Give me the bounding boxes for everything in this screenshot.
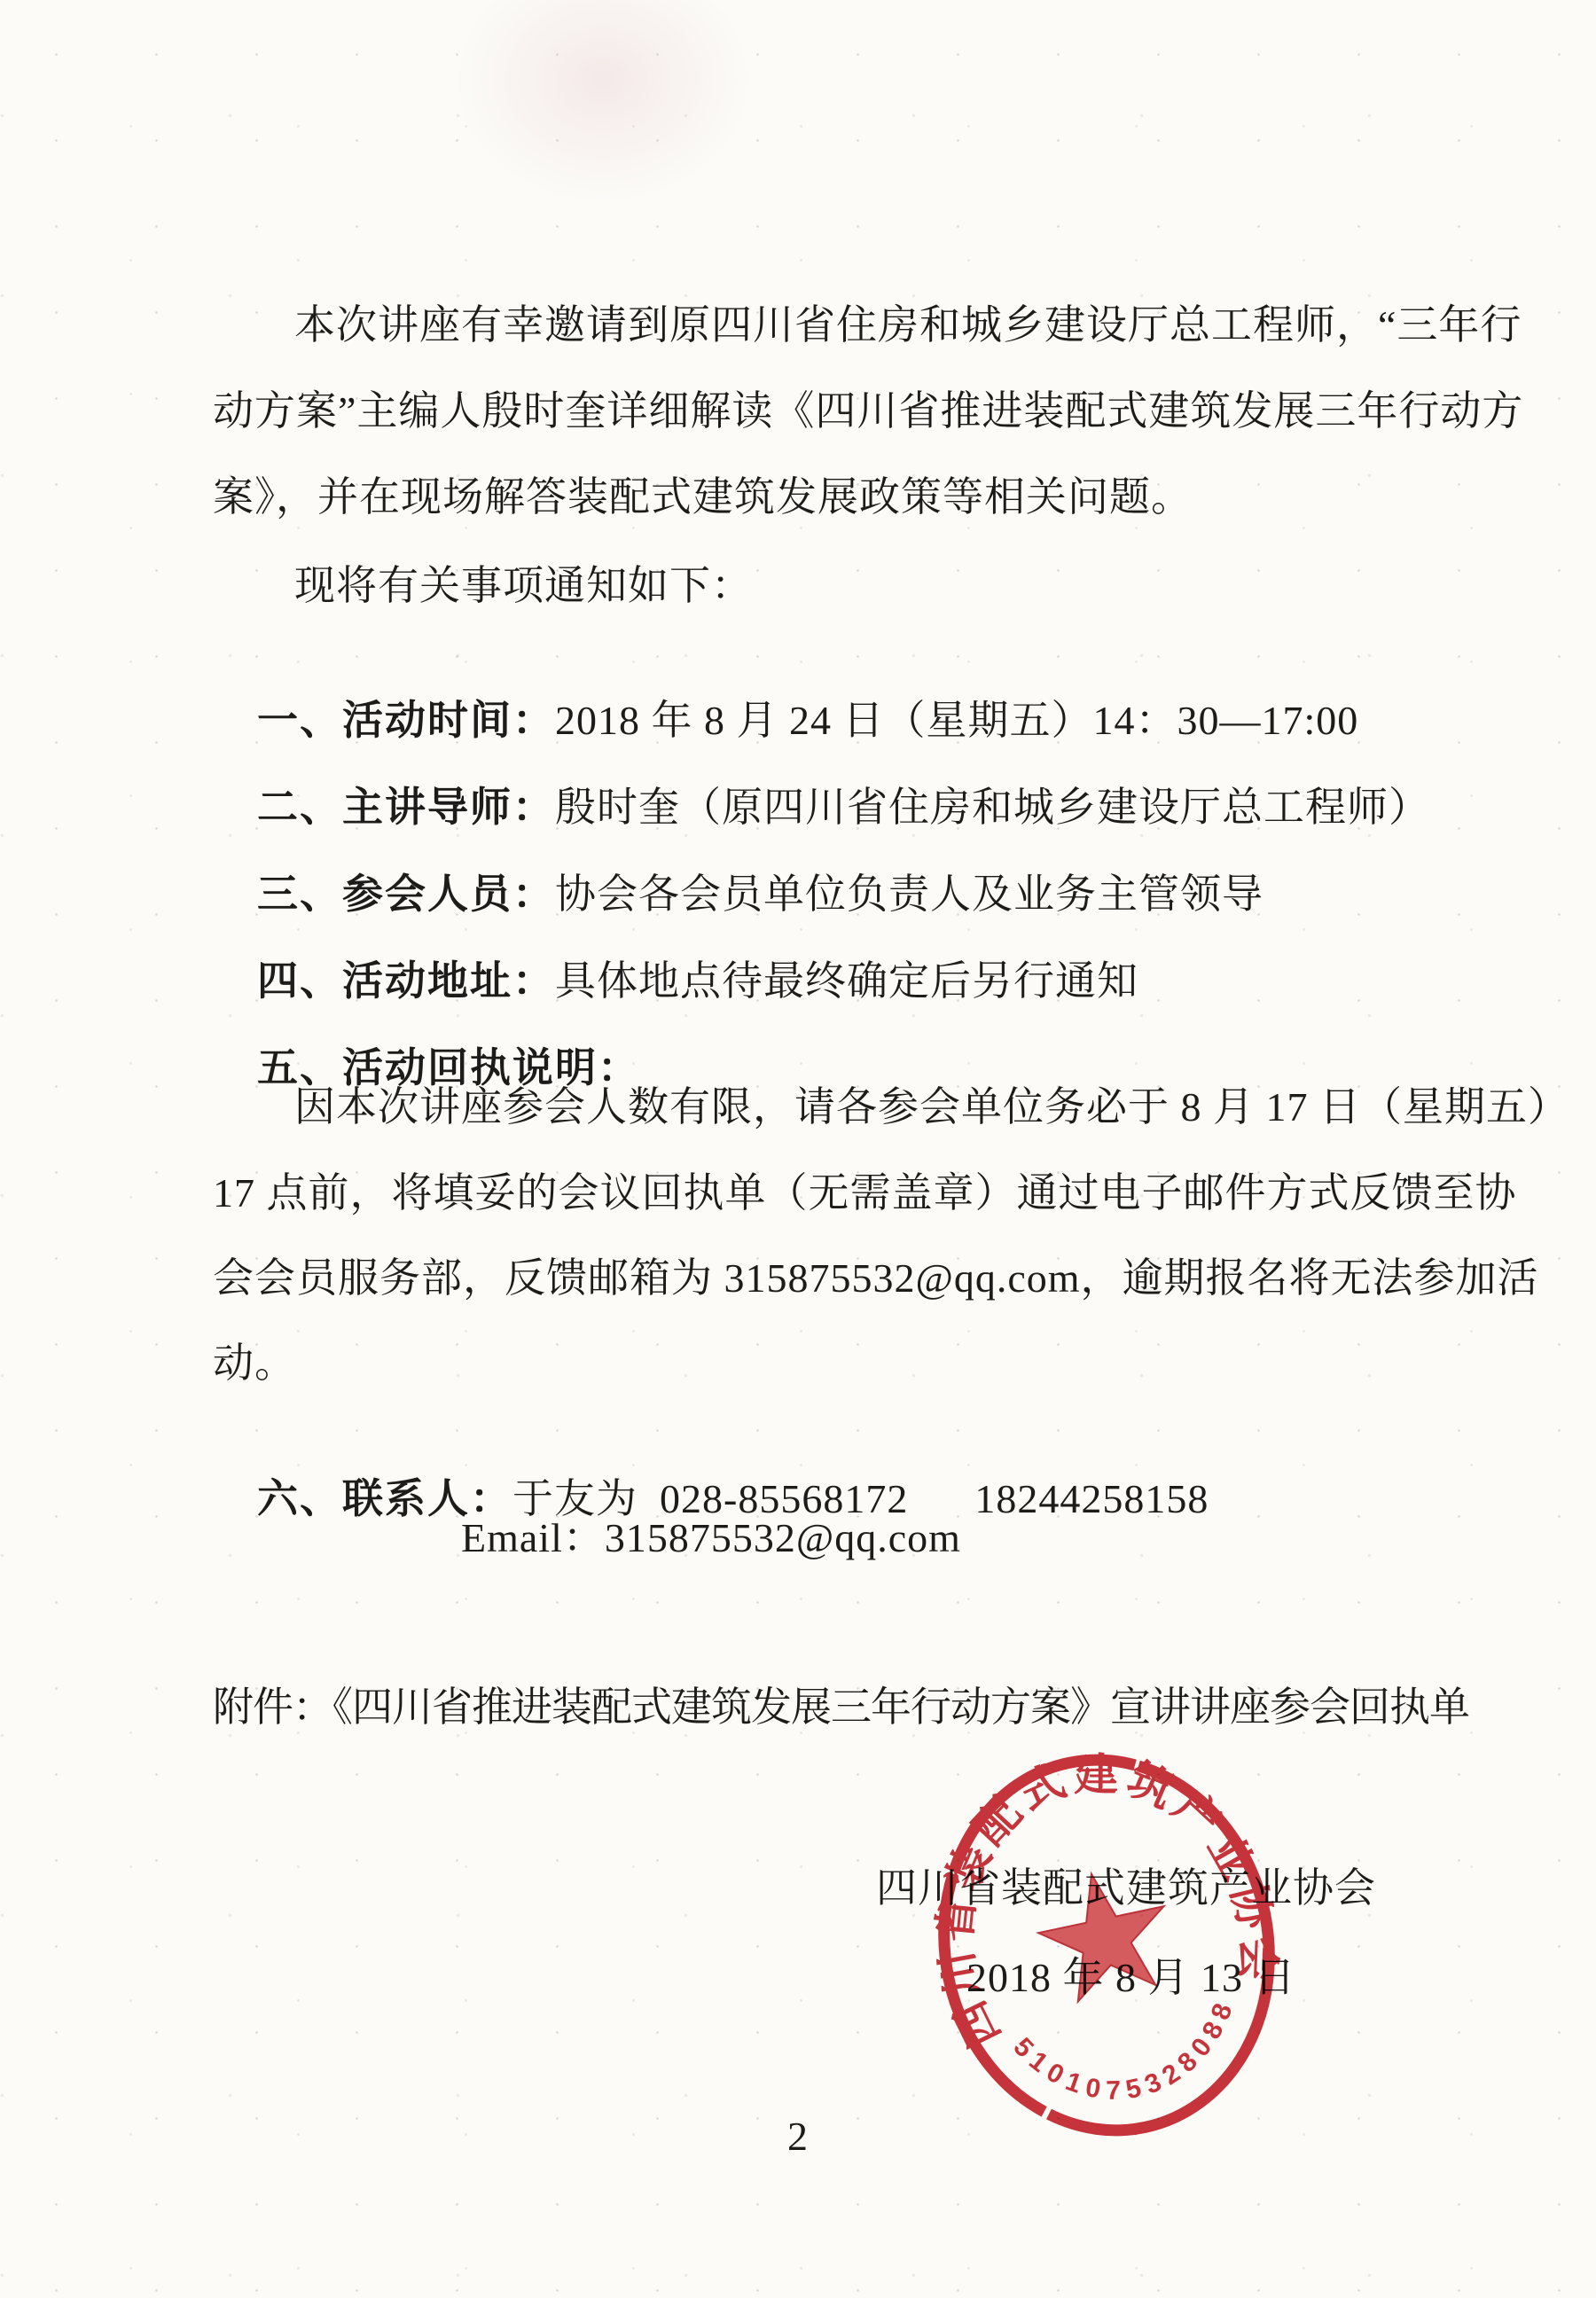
scan-smudge bbox=[443, 0, 763, 213]
seal-ring bbox=[929, 1743, 1284, 2147]
signature-org: 四川省装配式建筑产业协会 bbox=[876, 1864, 1376, 1912]
paragraph1-line2: 动方案”主编人殷时奎详细解读《四川省推进装配式建筑发展三年行动方 bbox=[213, 387, 1523, 435]
document-page: 本次讲座有幸邀请到原四川省住房和城乡建设厅总工程师，“三年行 动方案”主编人殷时… bbox=[0, 0, 1596, 2298]
intro-line: 现将有关事项通知如下： bbox=[294, 562, 753, 610]
seal-number-text: 5101075328088 bbox=[1005, 1988, 1256, 2127]
return-para-line2: 17 点前，将填妥的会议回执单（无需盖章）通过电子邮件方式反馈至协 bbox=[213, 1169, 1517, 1217]
paragraph1-line3: 案》，并在现场解答装配式建筑发展政策等相关问题。 bbox=[213, 473, 1193, 521]
seal-svg: 四川省装配式建筑产业协会 5101075328088 bbox=[929, 1743, 1284, 2147]
return-para-line1: 因本次讲座参会人数有限，请各参会单位务必于 8 月 17 日（星期五） bbox=[294, 1083, 1569, 1131]
return-para-line3: 会会员服务部，反馈邮箱为 315875532@qq.com，逾期报名将无法参加活 bbox=[213, 1255, 1539, 1302]
signature-date: 2018 年 8 月 13 日 bbox=[966, 1954, 1296, 2002]
attachment-line: 附件：《四川省推进装配式建筑发展三年行动方案》宣讲讲座参会回执单 bbox=[213, 1684, 1469, 1731]
contact-email-line: Email：315875532@qq.com bbox=[461, 1514, 961, 1562]
page-number: 2 bbox=[0, 2113, 1596, 2161]
list-item-4-content: 具体地点待最终确定后另行通知 bbox=[555, 958, 1138, 1004]
paragraph1-line1: 本次讲座有幸邀请到原四川省住房和城乡建设厅总工程师，“三年行 bbox=[294, 301, 1522, 349]
return-para-line4: 动。 bbox=[213, 1340, 296, 1387]
official-seal-stamp: 四川省装配式建筑产业协会 5101075328088 bbox=[929, 1743, 1284, 2147]
